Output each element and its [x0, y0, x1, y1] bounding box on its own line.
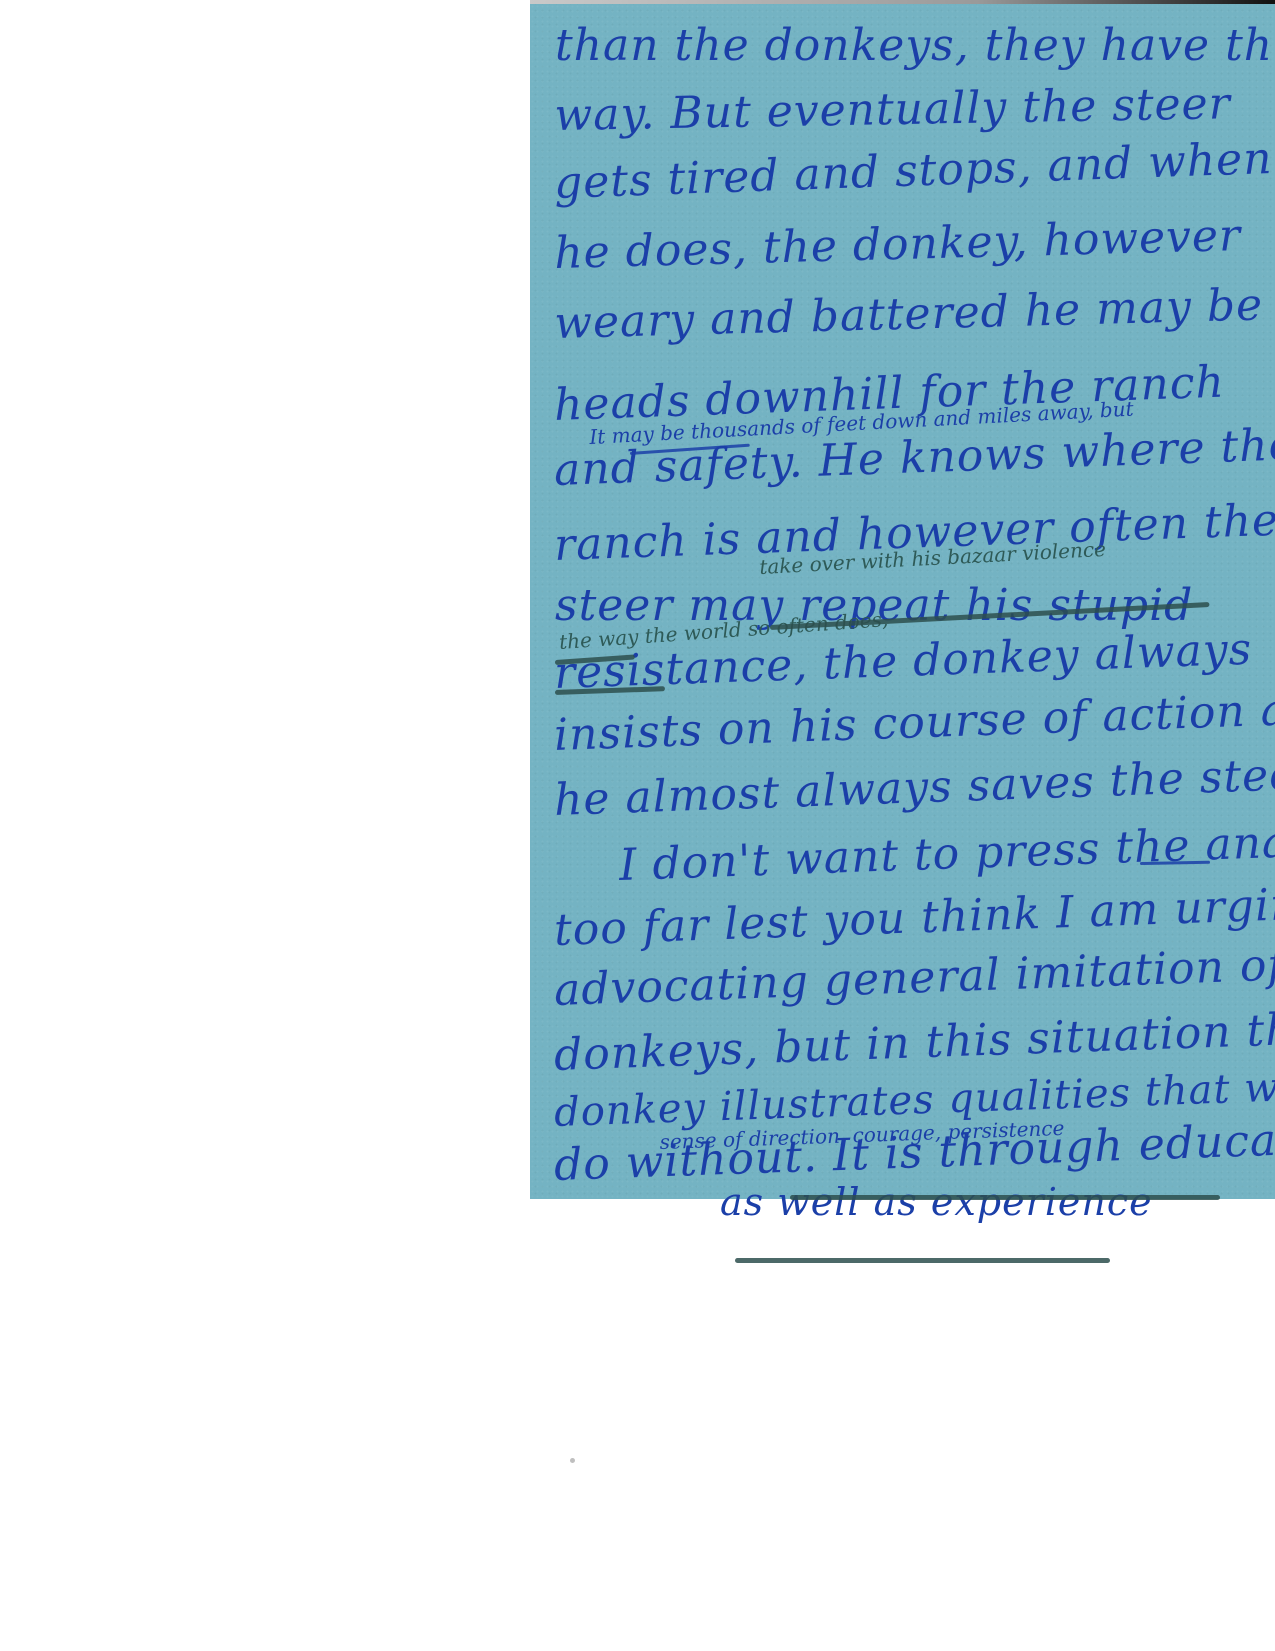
- handwritten-line-19: as well as experience: [720, 1180, 1153, 1224]
- strikethrough-mark: [790, 1195, 1220, 1200]
- handwritten-line-1: than the donkeys, they have their: [555, 20, 1275, 71]
- scan-speck: [570, 1458, 575, 1463]
- strikethrough-mark: [735, 1258, 1110, 1263]
